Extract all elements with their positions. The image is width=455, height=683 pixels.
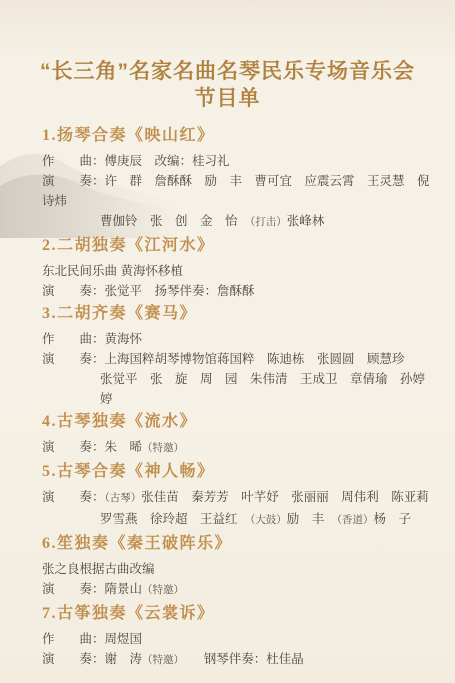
role-annotation: （香道） [337, 515, 374, 526]
credit-text: 张之良根据古曲改编 [42, 562, 155, 576]
program-item-5: 5.古琴合奏《神人畅》 演 奏：（古琴）张佳苗 秦芳芳 叶芊妤 张丽丽 周伟利 … [42, 462, 431, 531]
program-item-heading: 6.笙独奏《秦王破阵乐》 [42, 534, 431, 554]
performer-text: 张觉平 张 旋 周 园 朱伟清 王成卫 章倩瑜 孙婷婷 [100, 372, 425, 406]
performer-text: 钢琴伴奏：杜佳晶 [179, 652, 304, 666]
performer-text: 演 奏：上海国粹胡琴博物馆蒋国粹 陈迪栋 张圆圆 顾慧珍 [42, 352, 405, 366]
program-item-1: 1.扬琴合奏《映山红》 作 曲：傅庚辰 改编：桂习礼 演 奏：许 群 詹酥酥 励… [42, 126, 431, 233]
role-annotation: （大鼓） [250, 515, 287, 526]
program-item-heading: 2.二胡独奏《江河水》 [42, 236, 431, 256]
credit-line: 东北民间乐曲 黄海怀移植 [42, 261, 431, 281]
program-item-7: 7.古筝独奏《云裳诉》 作 曲：周煜国 演 奏：谢 涛（特邀） 钢琴伴奏：杜佳晶 [42, 604, 431, 671]
role-annotation: （古琴） [105, 493, 142, 504]
performer-text: 罗雪燕 徐玲超 王益红 [100, 512, 250, 526]
performer-text: 张佳苗 秦芳芳 叶芊妤 张丽丽 周伟利 陈亚莉 [141, 490, 429, 504]
performer-text: 张峰林 [287, 214, 325, 228]
performer-line: 演 奏：朱 晞（特邀） [42, 437, 431, 459]
program-item-heading: 1.扬琴合奏《映山红》 [42, 126, 431, 146]
page-title: “长三角”名家名曲名琴民乐专场音乐会 节目单 [0, 0, 455, 112]
performer-text: 杨 子 [374, 512, 412, 526]
program-item-3: 3.二胡齐奏《赛马》 作 曲：黄海怀 演 奏：上海国粹胡琴博物馆蒋国粹 陈迪栋 … [42, 304, 431, 409]
performer-text: 演 奏：朱 晞 [42, 440, 142, 454]
program-list: 1.扬琴合奏《映山红》 作 曲：傅庚辰 改编：桂习礼 演 奏：许 群 詹酥酥 励… [42, 126, 431, 671]
credit-line: 作 曲：黄海怀 [42, 329, 431, 349]
performer-line: 罗雪燕 徐玲超 王益红 （大鼓）励 丰 （香道）杨 子 [42, 509, 431, 531]
guest-annotation: （特邀） [142, 443, 184, 454]
performer-text: 曹伽铃 张 创 金 怡 [100, 214, 250, 228]
performer-line: 曹伽铃 张 创 金 怡 （打击）张峰林 [42, 211, 431, 233]
program-item-heading: 7.古筝独奏《云裳诉》 [42, 604, 431, 624]
program-item-4: 4.古琴独奏《流水》 演 奏：朱 晞（特邀） [42, 412, 431, 459]
credit-text: 作 曲：周煜国 [42, 632, 142, 646]
performer-line: 演 奏：谢 涛（特邀） 钢琴伴奏：杜佳晶 [42, 649, 431, 671]
program-item-heading: 3.二胡齐奏《赛马》 [42, 304, 431, 324]
credit-line: 作 曲：周煜国 [42, 629, 431, 649]
credit-text: 作 曲：黄海怀 [42, 332, 142, 346]
credit-text: 作 曲：傅庚辰 改编：桂习礼 [42, 154, 230, 168]
guest-annotation: （特邀） [142, 655, 179, 666]
performer-line: 演 奏：张觉平 扬琴伴奏：詹酥酥 [42, 281, 431, 301]
performer-line: 张觉平 张 旋 周 园 朱伟清 王成卫 章倩瑜 孙婷婷 [42, 369, 431, 409]
performer-text: 演 奏：许 群 詹酥酥 励 丰 曹可宜 应震云霄 王灵慧 倪诗炜 [42, 174, 430, 208]
performer-text: 演 奏：张觉平 扬琴伴奏：詹酥酥 [42, 284, 255, 298]
credit-line: 作 曲：傅庚辰 改编：桂习礼 [42, 151, 431, 171]
program-item-heading: 4.古琴独奏《流水》 [42, 412, 431, 432]
performer-text: 演 奏：隋景山 [42, 582, 142, 596]
performer-line: 演 奏：上海国粹胡琴博物馆蒋国粹 陈迪栋 张圆圆 顾慧珍 [42, 349, 431, 369]
page-title-line2: 节目单 [0, 85, 455, 112]
program-item-heading: 5.古琴合奏《神人畅》 [42, 462, 431, 482]
performer-line: 演 奏：隋景山（特邀） [42, 579, 431, 601]
performer-text: 演 奏：谢 涛 [42, 652, 142, 666]
credit-line: 张之良根据古曲改编 [42, 559, 431, 579]
credit-text: 东北民间乐曲 黄海怀移植 [42, 264, 183, 278]
page-title-line1: “长三角”名家名曲名琴民乐专场音乐会 [0, 58, 455, 85]
guest-annotation: （特邀） [142, 585, 184, 596]
performer-text: 励 丰 [287, 512, 337, 526]
role-annotation: （打击） [250, 217, 287, 228]
program-item-2: 2.二胡独奏《江河水》 东北民间乐曲 黄海怀移植 演 奏：张觉平 扬琴伴奏：詹酥… [42, 236, 431, 301]
program-item-6: 6.笙独奏《秦王破阵乐》 张之良根据古曲改编 演 奏：隋景山（特邀） [42, 534, 431, 601]
performer-line: 演 奏：（古琴）张佳苗 秦芳芳 叶芊妤 张丽丽 周伟利 陈亚莉 [42, 487, 431, 509]
performer-text: 演 奏： [42, 490, 105, 504]
performer-line: 演 奏：许 群 詹酥酥 励 丰 曹可宜 应震云霄 王灵慧 倪诗炜 [42, 171, 431, 211]
concert-program-page: “长三角”名家名曲名琴民乐专场音乐会 节目单 1.扬琴合奏《映山红》 作 曲：傅… [0, 0, 455, 683]
